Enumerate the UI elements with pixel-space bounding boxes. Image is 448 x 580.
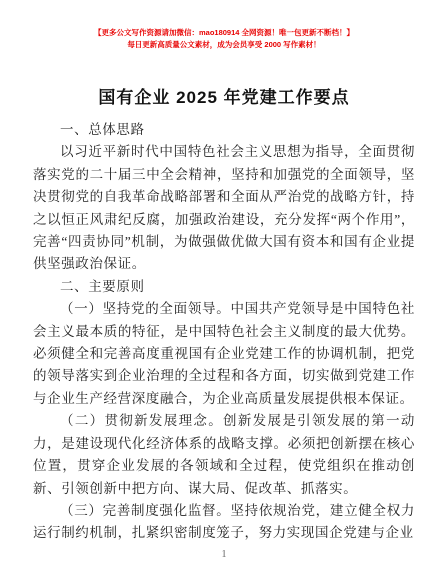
promo-watermark: 【更多公文写作资源请加微信：mao180914 全网资源！唯一包更新不断档！】 … xyxy=(0,0,448,51)
promo-watermark-line2: 每日更新高质量公文素材，成为会员享受 2000 写作素材！ xyxy=(0,39,448,51)
section-heading-1: 一、总体思路 xyxy=(33,119,415,141)
paragraph: （一）坚持党的全面领导。中国共产党领导是中国特色社会主义最本质的特征，是中国特色… xyxy=(33,298,415,410)
promo-watermark-line1: 【更多公文写作资源请加微信：mao180914 全网资源！唯一包更新不断档！】 xyxy=(0,27,448,39)
document-title: 国有企业 2025 年党建工作要点 xyxy=(0,83,448,108)
document-page: 【更多公文写作资源请加微信：mao180914 全网资源！唯一包更新不断档！】 … xyxy=(0,0,448,580)
section-heading-2: 二、主要原则 xyxy=(33,276,415,298)
paragraph: 以习近平新时代中国特色社会主义思想为指导，全面贯彻落实党的二十届三中全会精神，坚… xyxy=(33,141,415,275)
document-body: 一、总体思路 以习近平新时代中国特色社会主义思想为指导，全面贯彻落实党的二十届三… xyxy=(33,119,415,545)
page-number: 1 xyxy=(0,549,448,560)
paragraph: （二）贯彻新发展理念。创新发展是引领发展的第一动力，是建设现代化经济体系的战略支… xyxy=(33,410,415,500)
paragraph: （三）完善制度强化监督。坚持依规治党，建立健全权力运行制约机制，扎紧织密制度笼子… xyxy=(33,500,415,545)
